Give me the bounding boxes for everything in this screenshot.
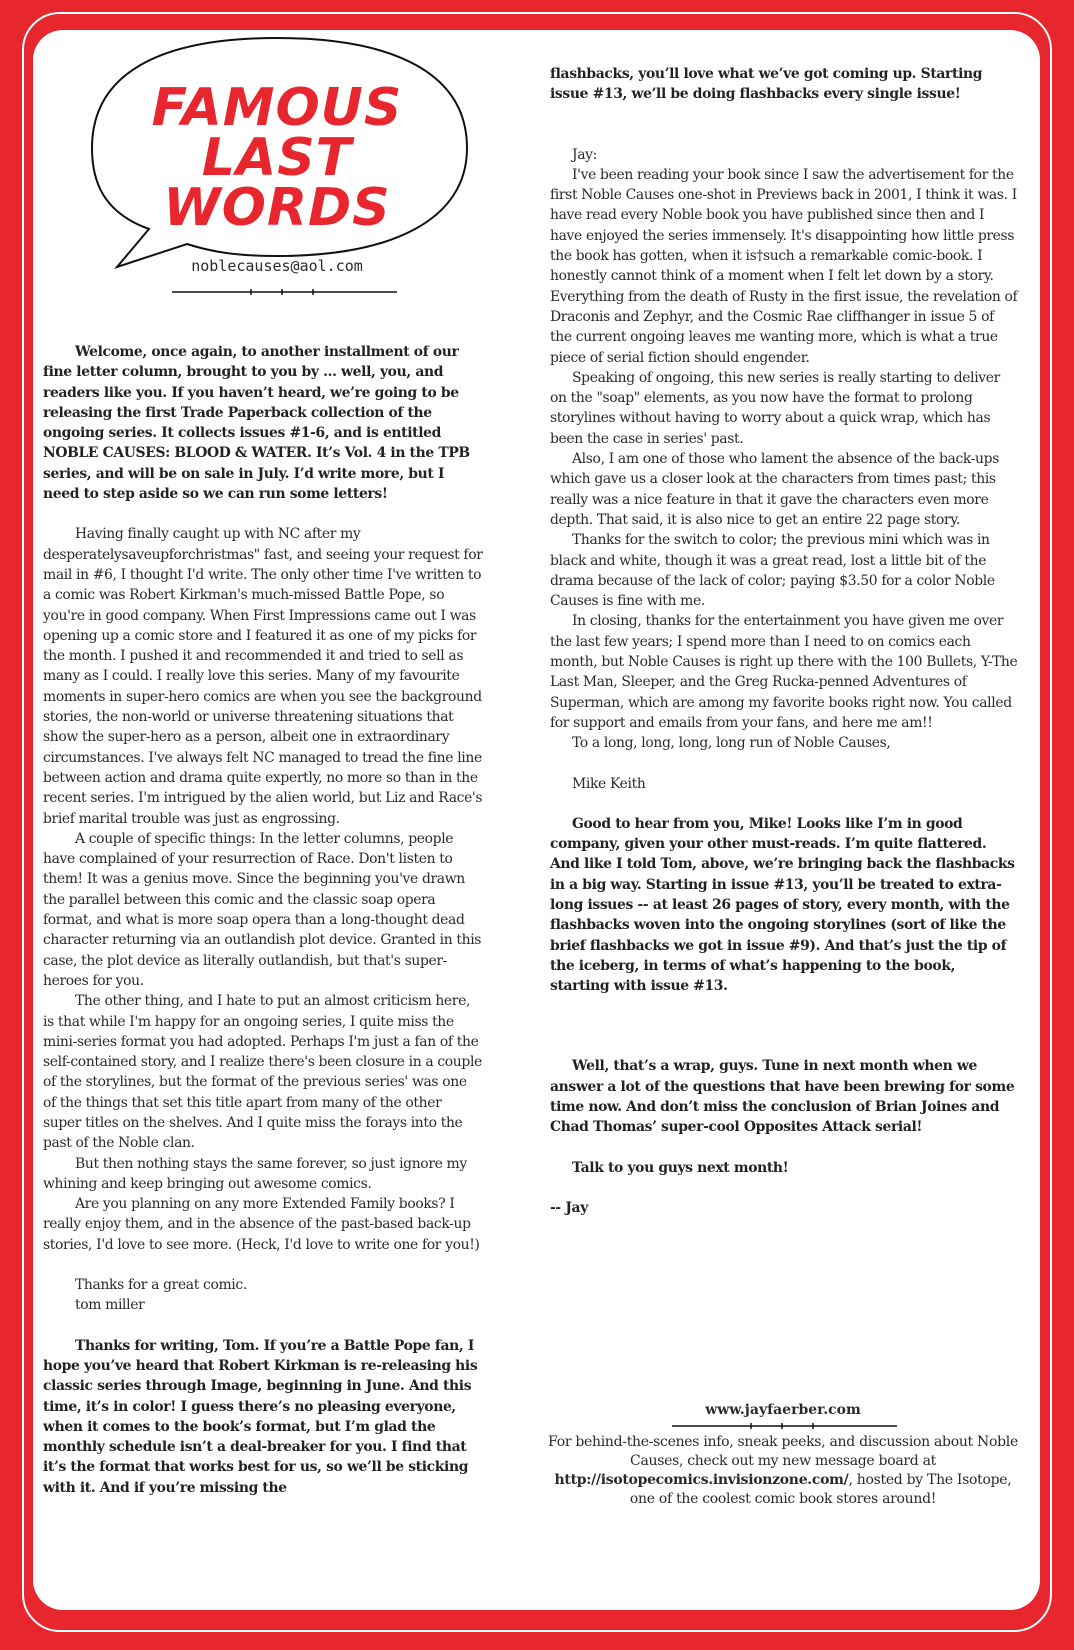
- promo-text: For behind-the-scenes info, sneak peeks,…: [548, 1434, 1018, 1469]
- closing-remarks: Well, that’s a wrap, guys. Tune in next …: [550, 1056, 1018, 1137]
- website-divider: [672, 1421, 1074, 1431]
- editor-reply-1-continued: flashbacks, you’ll love what we’ve got c…: [550, 64, 1018, 105]
- letter1-paragraph: The other thing, and I hate to put an al…: [43, 991, 483, 1153]
- right-column: flashbacks, you’ll love what we’ve got c…: [550, 64, 1018, 1218]
- title-last: LAST: [57, 132, 497, 184]
- title-words: WORDS: [57, 182, 497, 234]
- editor-intro: Welcome, once again, to another installm…: [43, 342, 483, 504]
- letter2-paragraph: Thanks for the switch to color; the prev…: [550, 530, 1018, 611]
- talk-soon: Talk to you guys next month!: [550, 1158, 1018, 1178]
- letter1-paragraph: Having finally caught up with NC after m…: [43, 524, 483, 828]
- email-divider: [172, 287, 397, 297]
- contact-email: noblecauses@aol.com: [57, 257, 497, 275]
- letter2-paragraph: To a long, long, long, long run of Noble…: [550, 733, 1018, 753]
- letter1-paragraph: A couple of specific things: In the lett…: [43, 829, 483, 991]
- message-board-link[interactable]: http://isotopecomics.invisionzone.com/: [555, 1472, 849, 1488]
- letter1-signature: tom miller: [43, 1295, 483, 1315]
- letter2-paragraph: Speaking of ongoing, this new series is …: [550, 368, 1018, 449]
- title-speech-bubble: FAMOUS LAST WORDS: [57, 30, 497, 285]
- message-board-promo: For behind-the-scenes info, sneak peeks,…: [548, 1433, 1018, 1509]
- editor-reply-1: Thanks for writing, Tom. If you’re a Bat…: [43, 1336, 483, 1498]
- title-famous: FAMOUS: [57, 82, 497, 134]
- website-link[interactable]: www.jayfaerber.com: [548, 1402, 1018, 1418]
- letter2-paragraph: I've been reading your book since I saw …: [550, 165, 1018, 368]
- left-column: Welcome, once again, to another installm…: [43, 342, 483, 1498]
- editor-signature: -- Jay: [550, 1198, 1018, 1218]
- letter2-signature: Mike Keith: [550, 774, 1018, 794]
- letter1-paragraph: But then nothing stays the same forever,…: [43, 1154, 483, 1195]
- letter2-paragraph: In closing, thanks for the entertainment…: [550, 611, 1018, 733]
- letter1-paragraph: Are you planning on any more Extended Fa…: [43, 1194, 483, 1255]
- website-promo: www.jayfaerber.com For behind-the-scenes…: [548, 1402, 1018, 1509]
- letter2-salutation: Jay:: [550, 145, 1018, 165]
- letter2-paragraph: Also, I am one of those who lament the a…: [550, 449, 1018, 530]
- editor-reply-2: Good to hear from you, Mike! Looks like …: [550, 814, 1018, 997]
- letter1-signoff: Thanks for a great comic.: [43, 1275, 483, 1295]
